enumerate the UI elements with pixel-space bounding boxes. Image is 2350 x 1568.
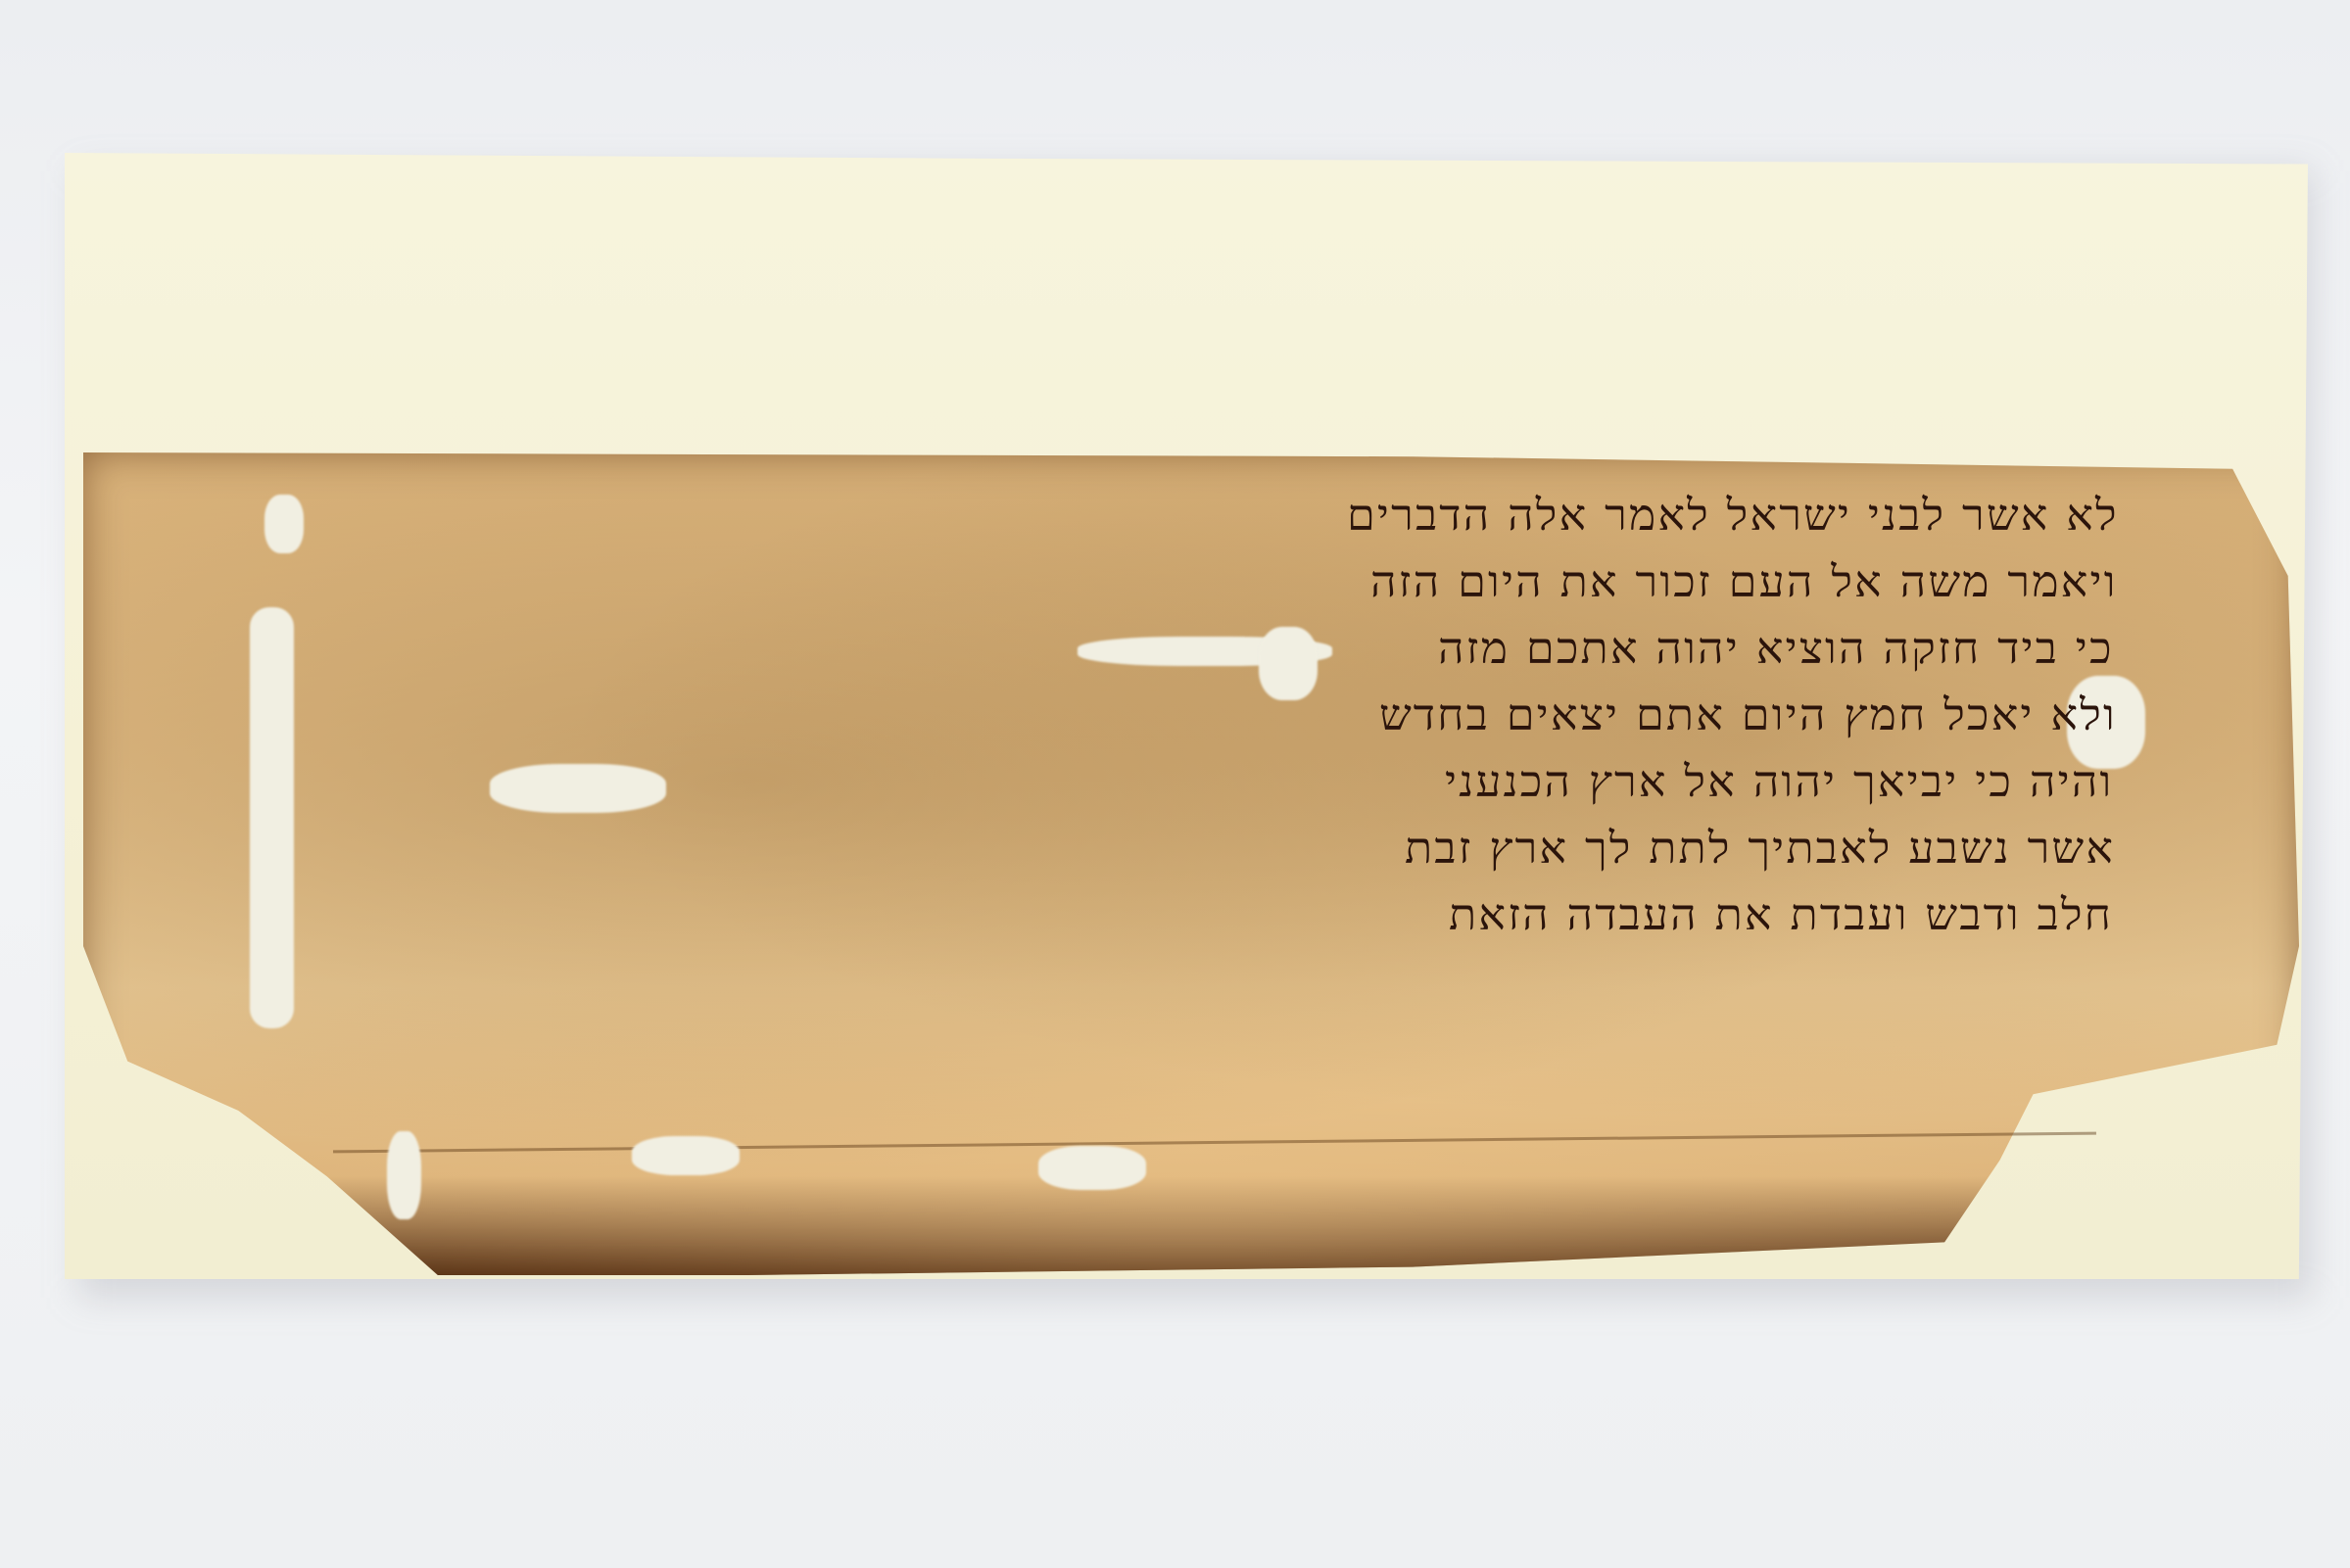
manuscript-line: ולא יאכל חמץ היום אתם יצאים בחדש (318, 680, 2082, 740)
photo-scene: לא אשר לבני ישראל לאמר אלה הדברים ויאמר … (0, 0, 2350, 1568)
parchment-loss (250, 607, 294, 1028)
manuscript-line: אשר נשבע לאבתיך לתת לך ארץ זבת (318, 813, 2082, 874)
parchment-loss (1038, 1146, 1146, 1190)
manuscript-line: חלב ודבש ועבדת את העבדה הזאת (318, 879, 2082, 940)
parchment-loss (632, 1136, 740, 1175)
manuscript-line: לא אשר לבני ישראל לאמר אלה הדברים (318, 480, 2082, 541)
parchment-loss (387, 1131, 421, 1219)
manuscript-line: ויאמר משה אל העם זכור את היום הזה (318, 546, 2082, 607)
manuscript-line: והיה כי יביאך יהוה אל ארץ הכנעני (318, 746, 2082, 807)
parchment-loss (264, 495, 304, 553)
manuscript-text: לא אשר לבני ישראל לאמר אלה הדברים ויאמר … (318, 480, 2082, 946)
manuscript-line: כי ביד חזקה הוציא יהוה אתכם מזה (318, 613, 2082, 674)
